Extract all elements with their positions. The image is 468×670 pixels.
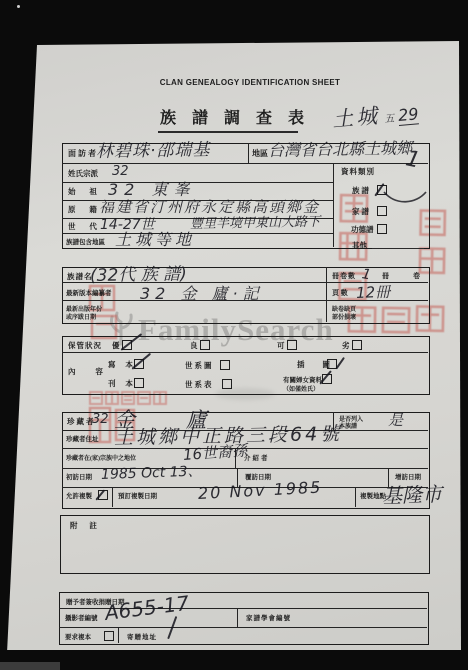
- copy-date-label: 預訂複製日期: [118, 491, 157, 500]
- pages-value: 12冊: [356, 281, 391, 303]
- book-title-label: 族譜名: [67, 271, 93, 282]
- poor-checkbox: [352, 340, 362, 350]
- ancestor-label: 始 祖: [68, 186, 103, 197]
- notes-box: [60, 515, 430, 574]
- damage-label-line2: 部份損壞: [332, 312, 356, 321]
- introducer-label: 介紹者: [244, 453, 270, 462]
- photographer-label: 攝影者編號: [65, 613, 98, 622]
- request-copy-checkbox: [104, 631, 114, 641]
- title-underline: [158, 131, 298, 133]
- compiler-label: 最新版本編纂者: [66, 288, 112, 297]
- address-label: 珍藏者住址: [66, 434, 99, 443]
- chinese-title: 族 譜 調 查 表: [160, 105, 300, 128]
- coverage-label: 族譜包含地區: [66, 237, 105, 246]
- area-label: 地區: [252, 148, 268, 159]
- origin-label: 原 籍: [68, 204, 103, 215]
- scanned-genealogy-sheet: FamilySearch: [0, 0, 468, 670]
- english-title: CLAN GENEALOGY IDENTIFICATION SHEET: [150, 78, 350, 87]
- position-label: 珍藏者在(家)宗族中之地位: [66, 453, 136, 462]
- mail-address-label: 寄贈地址: [127, 632, 157, 641]
- annotation-number: 29: [397, 104, 419, 126]
- permission-label: 允許複製: [66, 491, 92, 500]
- women-data-note: （如僅姓氏）: [283, 384, 319, 393]
- condition-label: 保管狀況: [68, 340, 102, 351]
- volumes-unit-ce: 冊: [382, 271, 389, 281]
- volumes-unit-juan: 卷: [413, 271, 420, 281]
- annotation-place: 土城: [331, 104, 381, 132]
- opt-good-label: 良: [190, 340, 198, 351]
- holder-value-number: 32: [92, 412, 109, 427]
- paper-background: FamilySearch: [0, 0, 468, 670]
- copy-place-value: 基隆市: [381, 478, 442, 509]
- surname-label: 姓氏宗派: [68, 168, 98, 179]
- pedigree-table-label: 世系表: [185, 379, 214, 390]
- generation-label: 世 代: [68, 221, 103, 232]
- opt-poor-label: 劣: [342, 340, 350, 351]
- page-annotation: 土城 五 29: [331, 96, 420, 133]
- printed-label: 刊 本: [108, 378, 137, 389]
- pedigree-table-checkbox: [222, 379, 232, 389]
- other-blank-line: [372, 248, 424, 249]
- first-visit-label: 初訪日期: [66, 472, 92, 481]
- scan-border-bottom-gray: [0, 662, 60, 670]
- volumes-label: 冊卷數: [332, 271, 356, 281]
- compiler-value: 32 金 廬·記: [140, 281, 264, 304]
- generation-extra: 豐里半境甲東山大路下: [190, 211, 320, 232]
- scan-speck: [17, 5, 20, 8]
- pages-label: 頁 數: [332, 288, 348, 298]
- jiapu-checkbox: [377, 206, 387, 216]
- category-other-label: 其他: [352, 240, 367, 251]
- content-label: 內 容: [68, 366, 112, 377]
- opt-excellent-label: 優: [112, 340, 120, 351]
- scan-border-bottom: [0, 650, 468, 670]
- zupu-check-tail: [382, 186, 428, 208]
- request-copy-label: 要求複本: [65, 632, 91, 641]
- printed-checkbox: [134, 378, 144, 388]
- notes-label: 附 註: [70, 520, 102, 531]
- gongde-checkbox: [377, 224, 387, 234]
- area-value: 台灣省台北縣土城鄉: [268, 135, 412, 161]
- category-label: 資料類別: [341, 166, 375, 177]
- annotation-code: 五: [384, 113, 395, 125]
- interviewer-label: 面訪者: [68, 148, 98, 159]
- coverage-value: 土城等地: [115, 227, 195, 250]
- included-value: 是: [388, 409, 403, 430]
- interviewer-value: 林碧珠·邵瑞基: [96, 135, 211, 162]
- good-checkbox: [200, 340, 210, 350]
- category-zupu-label: 族 譜: [352, 185, 369, 196]
- women-data-label: 有關婦女資料: [283, 375, 322, 384]
- category-gongde-label: 功德譜: [351, 224, 374, 235]
- society-label: 家譜學會編號: [246, 613, 291, 622]
- first-visit-value: 1985 Oct 13、: [101, 460, 202, 483]
- pedigree-chart-label: 世系圖: [185, 360, 214, 371]
- fair-checkbox: [287, 340, 297, 350]
- category-jiapu-label: 家 譜: [352, 206, 369, 217]
- pub-label-line2: 或序跋日期: [66, 312, 96, 321]
- opt-fair-label: 可: [277, 340, 285, 351]
- pedigree-chart-checkbox: [220, 360, 230, 370]
